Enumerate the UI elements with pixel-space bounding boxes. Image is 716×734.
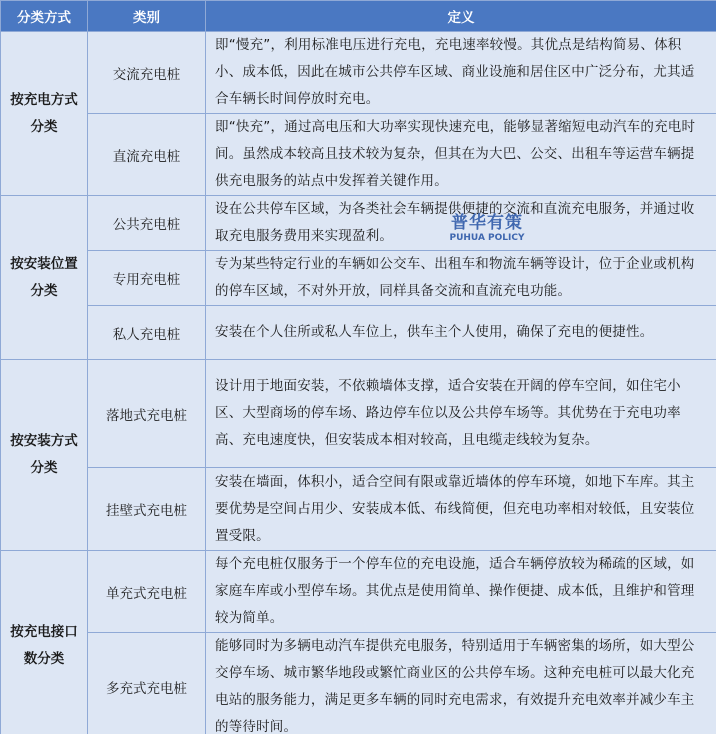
category-cell: 专用充电桩 <box>88 251 206 306</box>
table-row: 专用充电桩 专为某些特定行业的车辆如公交车、出租车和物流车辆等设计，位于企业或机… <box>1 251 716 306</box>
charging-pile-classification-table: 分类方式 类别 定义 按充电方式分类 交流充电桩 即“慢充”，利用标准电压进行充… <box>0 0 716 734</box>
category-cell: 交流充电桩 <box>88 32 206 114</box>
category-cell: 落地式充电桩 <box>88 360 206 468</box>
header-definition: 定义 <box>206 1 716 32</box>
table-row: 直流充电桩 即“快充”，通过高电压和大功率实现快速充电，能够显著缩短电动汽车的充… <box>1 114 716 196</box>
category-cell: 多充式充电桩 <box>88 633 206 734</box>
group-label: 按充电接口数分类 <box>1 551 88 734</box>
table-row: 按充电方式分类 交流充电桩 即“慢充”，利用标准电压进行充电，充电速率较慢。其优… <box>1 32 716 114</box>
table-row: 按充电接口数分类 单充式充电桩 每个充电桩仅服务于一个停车位的充电设施，适合车辆… <box>1 551 716 633</box>
definition-cell: 安装在墙面，体积小，适合空间有限或靠近墙体的停车环境，如地下车库。其主要优势是空… <box>206 468 716 551</box>
definition-cell: 能够同时为多辆电动汽车提供充电服务，特别适用于车辆密集的场所，如大型公交停车场、… <box>206 633 716 734</box>
definition-cell: 即“快充”，通过高电压和大功率实现快速充电，能够显著缩短电动汽车的充电时间。虽然… <box>206 114 716 196</box>
category-cell: 私人充电桩 <box>88 306 206 360</box>
header-row: 分类方式 类别 定义 <box>1 1 716 32</box>
definition-cell: 安装在个人住所或私人车位上，供车主个人使用，确保了充电的便捷性。 <box>206 306 716 360</box>
header-classification-method: 分类方式 <box>1 1 88 32</box>
table-row: 按安装位置分类 公共充电桩 设在公共停车区域，为各类社会车辆提供便捷的交流和直流… <box>1 196 716 251</box>
table-row: 按安装方式分类 落地式充电桩 设计用于地面安装，不依赖墙体支撑，适合安装在开阔的… <box>1 360 716 468</box>
definition-cell: 设在公共停车区域，为各类社会车辆提供便捷的交流和直流充电服务，并通过收取充电服务… <box>206 196 716 251</box>
table-row: 多充式充电桩 能够同时为多辆电动汽车提供充电服务，特别适用于车辆密集的场所，如大… <box>1 633 716 734</box>
group-label: 按安装位置分类 <box>1 196 88 360</box>
header-category: 类别 <box>88 1 206 32</box>
category-cell: 直流充电桩 <box>88 114 206 196</box>
definition-cell: 即“慢充”，利用标准电压进行充电，充电速率较慢。其优点是结构简易、体积小、成本低… <box>206 32 716 114</box>
group-label: 按安装方式分类 <box>1 360 88 551</box>
table-row: 私人充电桩 安装在个人住所或私人车位上，供车主个人使用，确保了充电的便捷性。 <box>1 306 716 360</box>
definition-cell: 专为某些特定行业的车辆如公交车、出租车和物流车辆等设计，位于企业或机构的停车区域… <box>206 251 716 306</box>
definition-cell: 每个充电桩仅服务于一个停车位的充电设施，适合车辆停放较为稀疏的区域，如家庭车库或… <box>206 551 716 633</box>
category-cell: 公共充电桩 <box>88 196 206 251</box>
definition-cell: 设计用于地面安装，不依赖墙体支撑，适合安装在开阔的停车空间，如住宅小区、大型商场… <box>206 360 716 468</box>
group-label: 按充电方式分类 <box>1 32 88 196</box>
category-cell: 单充式充电桩 <box>88 551 206 633</box>
category-cell: 挂壁式充电桩 <box>88 468 206 551</box>
table-row: 挂壁式充电桩 安装在墙面，体积小，适合空间有限或靠近墙体的停车环境，如地下车库。… <box>1 468 716 551</box>
